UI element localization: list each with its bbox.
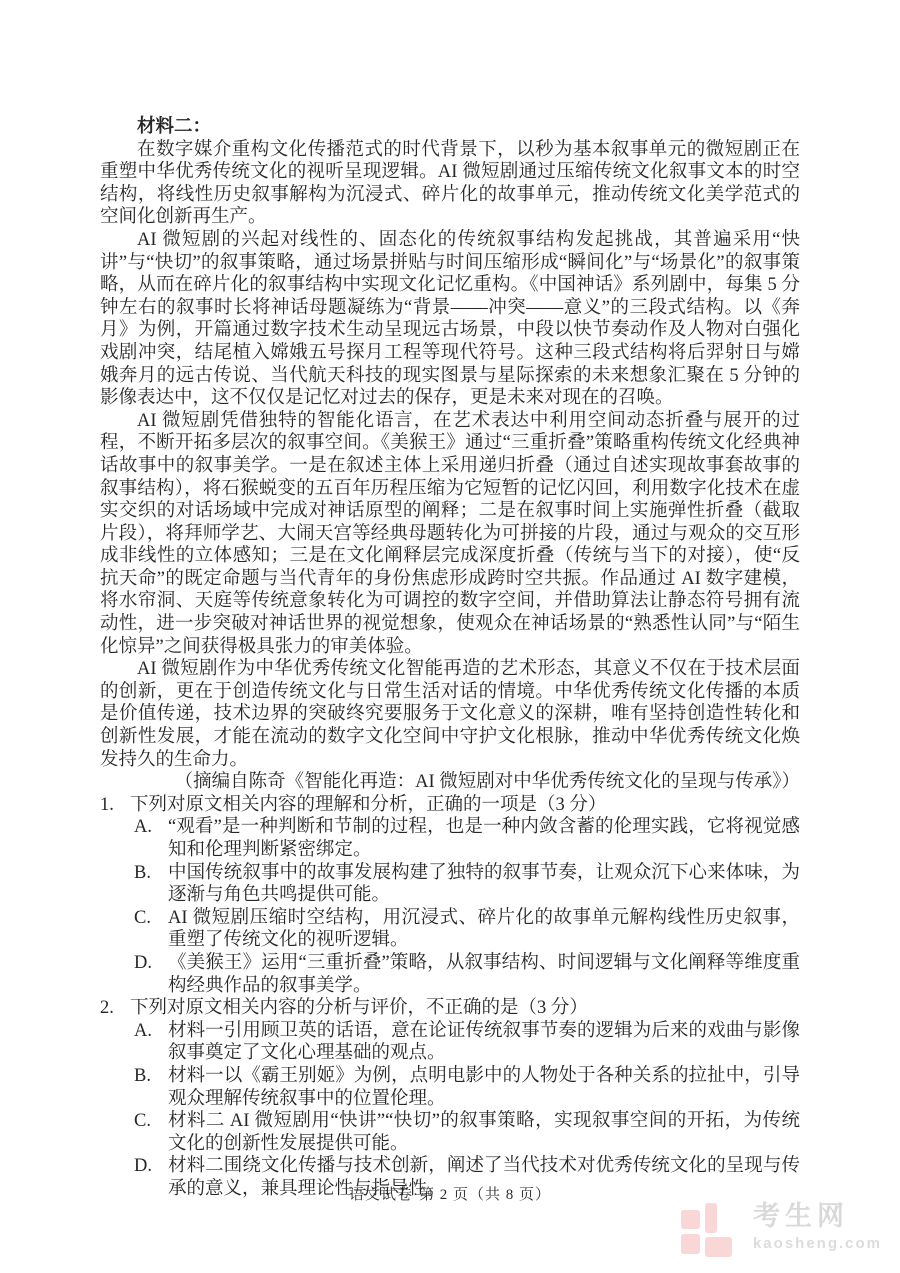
material-two-body: 在数字媒介重构文化传播范式的时代背景下，以秒为基本叙事单元的微短剧正在重塑中华优…: [100, 139, 800, 772]
option-text: 中国传统叙事中的故事发展构建了独特的叙事节奏，让观众沉下心来体味，为逐渐与角色共…: [168, 862, 800, 907]
exam-page: 材料二： 在数字媒介重构文化传播范式的时代背景下，以秒为基本叙事单元的微短剧正在…: [0, 0, 900, 1273]
logo-block: [681, 1210, 700, 1229]
logo-block: [681, 1234, 700, 1254]
material-paragraph: 在数字媒介重构文化传播范式的时代背景下，以秒为基本叙事单元的微短剧正在重塑中华优…: [100, 139, 800, 229]
question: 2. 下列对原文相关内容的分析与评价，不正确的是（3 分） A. 材料一引用顾卫…: [100, 997, 800, 1200]
kaosheng-logo-icon: [681, 1203, 743, 1257]
material-two-citation: （摘编自陈奇《智能化再造：AI 微短剧对中华优秀传统文化的呈现与传承》）: [100, 771, 800, 794]
material-two-heading: 材料二：: [100, 116, 800, 139]
option-text: 材料一引用顾卫英的话语，意在论证传统叙事节奏的逻辑为后来的戏曲与影像叙事奠定了文…: [168, 1020, 800, 1065]
option-label: A.: [134, 816, 168, 861]
question-option: C. AI 微短剧压缩时空结构，用沉浸式、碎片化的故事单元解构线性历史叙事，重塑…: [134, 907, 800, 952]
exam-content: 材料二： 在数字媒介重构文化传播范式的时代背景下，以秒为基本叙事单元的微短剧正在…: [100, 116, 800, 1201]
material-paragraph: AI 微短剧凭借独特的智能化语言，在艺术表达中利用空间动态折叠与展开的过程，不断…: [100, 410, 800, 659]
option-label: C.: [134, 907, 168, 952]
option-text: 《美猴王》运用“三重折叠”策略，从叙事结构、时间逻辑与文化阐释等维度重构经典作品…: [168, 952, 800, 997]
option-label: B.: [134, 862, 168, 907]
watermark-domain: kaosheng.com: [753, 1236, 882, 1251]
option-label: D.: [134, 952, 168, 997]
question-list: 1. 下列对原文相关内容的理解和分析，正确的一项是（3 分） A. “观看”是一…: [100, 794, 800, 1201]
option-text: “观看”是一种判断和节制的过程，也是一种内敛含蓄的伦理实践，它将视觉感知和伦理判…: [168, 816, 800, 861]
option-text: AI 微短剧压缩时空结构，用沉浸式、碎片化的故事单元解构线性历史叙事，重塑了传统…: [168, 907, 800, 952]
question-option: A. “观看”是一种判断和节制的过程，也是一种内敛含蓄的伦理实践，它将视觉感知和…: [134, 816, 800, 861]
question-number: 2.: [100, 997, 130, 1020]
question-stem: 下列对原文相关内容的理解和分析，正确的一项是（3 分）: [130, 794, 800, 817]
question: 1. 下列对原文相关内容的理解和分析，正确的一项是（3 分） A. “观看”是一…: [100, 794, 800, 997]
option-text: 材料二 AI 微短剧用“快讲”“快切”的叙事策略，实现叙事空间的开拓，为传统文化…: [168, 1110, 800, 1155]
question-options: A. 材料一引用顾卫英的话语，意在论证传统叙事节奏的逻辑为后来的戏曲与影像叙事奠…: [134, 1020, 800, 1201]
question-options: A. “观看”是一种判断和节制的过程，也是一种内敛含蓄的伦理实践，它将视觉感知和…: [134, 816, 800, 997]
logo-block: [705, 1203, 717, 1233]
question-stem-row: 2. 下列对原文相关内容的分析与评价，不正确的是（3 分）: [100, 997, 800, 1020]
question-option: A. 材料一引用顾卫英的话语，意在论证传统叙事节奏的逻辑为后来的戏曲与影像叙事奠…: [134, 1020, 800, 1065]
logo-block: [705, 1237, 732, 1257]
question-option: B. 中国传统叙事中的故事发展构建了独特的叙事节奏，让观众沉下心来体味，为逐渐与…: [134, 862, 800, 907]
page-footer-text: 语文试卷·第 2 页（共 8 页）: [349, 1187, 551, 1203]
question-number: 1.: [100, 794, 130, 817]
question-stem-row: 1. 下列对原文相关内容的理解和分析，正确的一项是（3 分）: [100, 794, 800, 817]
option-label: B.: [134, 1065, 168, 1110]
option-label: A.: [134, 1020, 168, 1065]
material-paragraph: AI 微短剧的兴起对线性的、固态化的传统叙事结构发起挑战，其普遍采用“快讲”与“…: [100, 229, 800, 410]
watermark-brand: 考生网: [753, 1203, 882, 1230]
question-stem: 下列对原文相关内容的分析与评价，不正确的是（3 分）: [130, 997, 800, 1020]
option-label: C.: [134, 1110, 168, 1155]
material-paragraph: AI 微短剧作为中华优秀传统文化智能再造的艺术形态，其意义不仅在于技术层面的创新…: [100, 658, 800, 771]
option-text: 材料一以《霸王别姬》为例，点明电影中的人物处于各种关系的拉扯中，引导观众理解传统…: [168, 1065, 800, 1110]
watermark-text: 考生网 kaosheng.com: [753, 1203, 882, 1251]
question-option: C. 材料二 AI 微短剧用“快讲”“快切”的叙事策略，实现叙事空间的开拓，为传…: [134, 1110, 800, 1155]
question-option: D. 《美猴王》运用“三重折叠”策略，从叙事结构、时间逻辑与文化阐释等维度重构经…: [134, 952, 800, 997]
question-option: B. 材料一以《霸王别姬》为例，点明电影中的人物处于各种关系的拉扯中，引导观众理…: [134, 1065, 800, 1110]
kaosheng-watermark: 考生网 kaosheng.com: [681, 1203, 882, 1257]
